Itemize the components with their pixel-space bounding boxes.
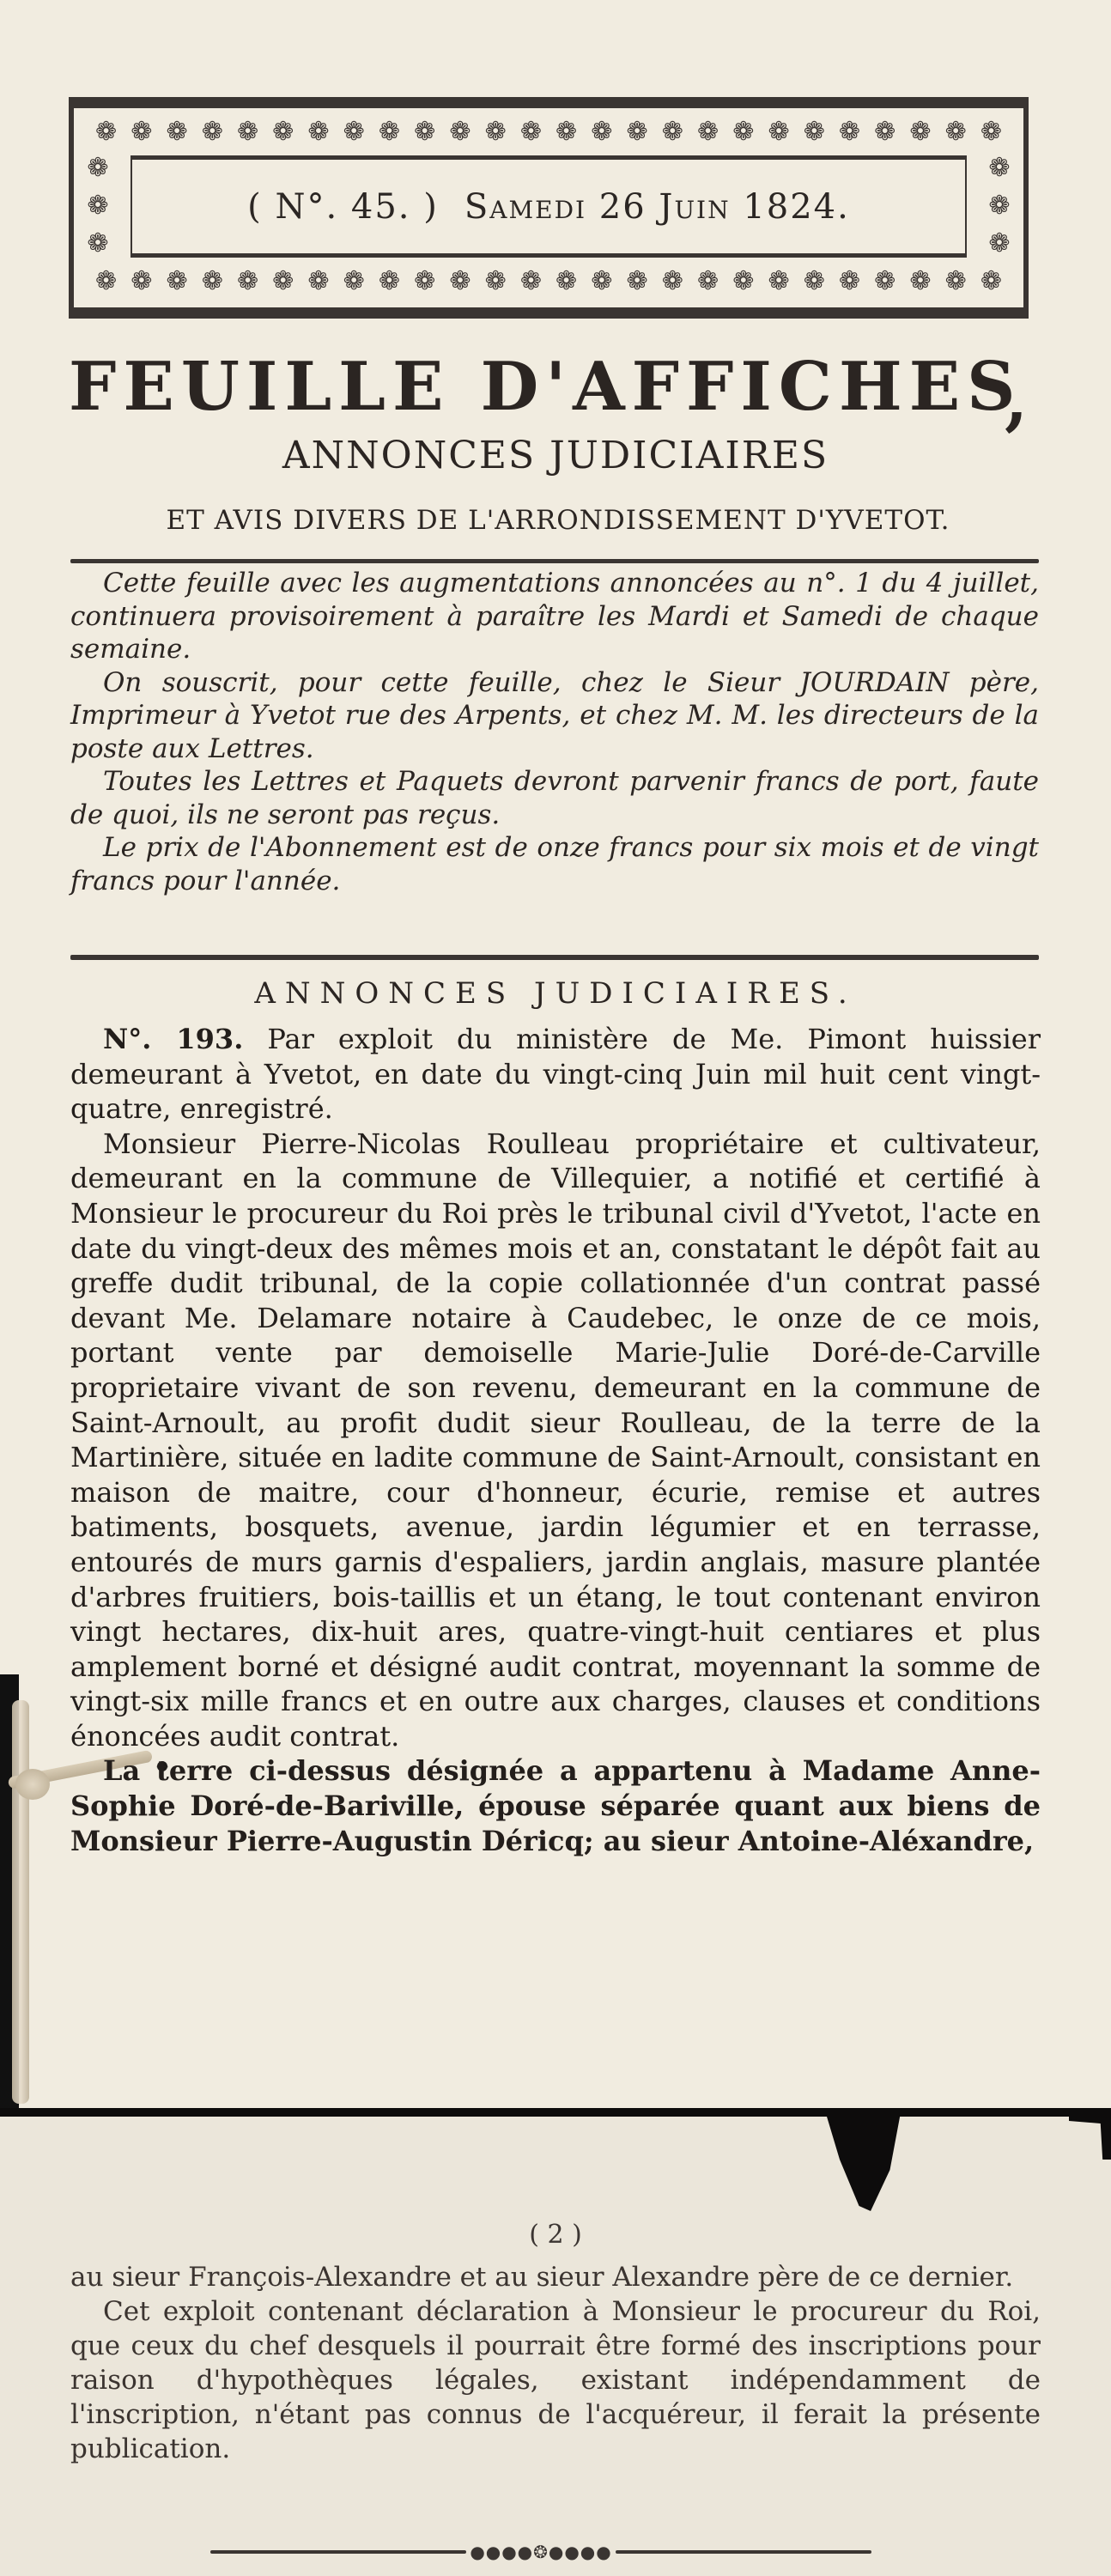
closing-paragraph: Cet exploit contenant déclaration à Mons… xyxy=(70,2294,1041,2466)
flower-icon: ❁ xyxy=(131,269,152,295)
flower-icon: ❁ xyxy=(591,269,612,295)
notice-paragraph: Toutes les Lettres et Paquets devront pa… xyxy=(70,765,1039,831)
announcement-number: N°. 193. xyxy=(103,1023,243,1055)
notice-paragraph: Le prix de l'Abonnement est de onze fran… xyxy=(70,831,1039,897)
issue-date: Samedi 26 Juin 1824. xyxy=(464,187,850,227)
flower-icon: ❁ xyxy=(202,119,223,145)
flower-icon: ❁ xyxy=(988,193,1010,219)
string-knot xyxy=(15,1769,50,1800)
flower-icon: ❁ xyxy=(980,269,1002,295)
flower-icon: ❁ xyxy=(485,269,507,295)
flower-icon: ❁ xyxy=(874,119,895,145)
announcement-193: N°. 193. Par exploit du ministère de Me.… xyxy=(70,1022,1041,1858)
flower-icon: ❁ xyxy=(874,269,895,295)
flower-icon: ❁ xyxy=(980,119,1002,145)
flower-icon: ❁ xyxy=(343,119,365,145)
flower-icon: ❁ xyxy=(839,119,860,145)
flower-icon: ❁ xyxy=(343,269,365,295)
flower-icon: ❁ xyxy=(379,269,400,295)
issue-box: ( N°. 45. ) Samedi 26 Juin 1824. xyxy=(131,155,967,258)
flower-icon: ❁ xyxy=(202,269,223,295)
newspaper-title: FEUILLE D'AFFICHES xyxy=(69,348,1039,426)
flower-icon: ❁ xyxy=(307,119,329,145)
flower-icon: ❁ xyxy=(272,119,294,145)
flower-icon: ❁ xyxy=(449,119,471,145)
flower-icon: ❁ xyxy=(166,269,187,295)
flower-icon: ❁ xyxy=(909,119,931,145)
page-two-text: au sieur François-Alexandre et au sieur … xyxy=(70,2260,1041,2466)
flower-icon: ❁ xyxy=(627,269,648,295)
page-number: ( 2 ) xyxy=(0,2220,1111,2250)
issue-number: ( N°. 45. ) xyxy=(247,187,439,227)
ornament-divider: ●●●●❂●●●● xyxy=(210,2543,871,2561)
notice-paragraph: Cette feuille avec les augmentations ann… xyxy=(70,567,1039,666)
flower-icon: ❁ xyxy=(307,269,329,295)
flower-icon: ❁ xyxy=(555,269,577,295)
flower-icon: ❁ xyxy=(768,119,789,145)
divider-rule xyxy=(70,559,1039,563)
flower-icon: ❁ xyxy=(131,119,152,145)
flower-icon: ❁ xyxy=(87,231,108,257)
flower-icon: ❁ xyxy=(988,231,1010,257)
flower-icon: ❁ xyxy=(520,269,542,295)
flower-icon: ❁ xyxy=(662,119,683,145)
flower-icon: ❁ xyxy=(449,269,471,295)
flower-icon: ❁ xyxy=(414,119,435,145)
flower-icon: ❁ xyxy=(697,269,719,295)
flower-icon: ❁ xyxy=(732,269,754,295)
announcement-paragraph: Monsieur Pierre-Nicolas Roulleau proprié… xyxy=(70,1127,1041,1754)
continuation-paragraph: au sieur François-Alexandre et au sieur … xyxy=(70,2260,1041,2294)
flower-icon: ❁ xyxy=(988,155,1010,181)
flower-icon: ❁ xyxy=(87,193,108,219)
ornament-center-icon: ●●●●❂●●●● xyxy=(466,2542,615,2562)
binding-string-vertical xyxy=(12,1700,29,2104)
flower-icon: ❁ xyxy=(945,269,967,295)
flower-icon: ❁ xyxy=(804,269,825,295)
subscription-notice: Cette feuille avec les augmentations ann… xyxy=(70,567,1039,897)
flower-border-right: ❁❁❁ xyxy=(984,149,1015,263)
flower-icon: ❁ xyxy=(520,119,542,145)
flower-icon: ❁ xyxy=(804,119,825,145)
flower-icon: ❁ xyxy=(839,269,860,295)
flower-icon: ❁ xyxy=(697,119,719,145)
flower-icon: ❁ xyxy=(95,119,117,145)
masthead-frame: ❁❁❁❁❁❁❁❁❁❁❁❁❁❁❁❁❁❁❁❁❁❁❁❁❁❁ ❁❁❁ ❁❁❁ ( N°.… xyxy=(69,97,1029,319)
flower-border-bottom: ❁❁❁❁❁❁❁❁❁❁❁❁❁❁❁❁❁❁❁❁❁❁❁❁❁❁ xyxy=(95,266,1002,297)
flower-icon: ❁ xyxy=(662,269,683,295)
flower-icon: ❁ xyxy=(627,119,648,145)
flower-icon: ❁ xyxy=(768,269,789,295)
flower-icon: ❁ xyxy=(485,119,507,145)
newspaper-subtitle: ANNONCES JUDICIAIRES xyxy=(0,434,1111,477)
flower-icon: ❁ xyxy=(414,269,435,295)
flower-icon: ❁ xyxy=(909,269,931,295)
notice-paragraph: On souscrit, pour cette feuille, chez le… xyxy=(70,666,1039,766)
flower-icon: ❁ xyxy=(95,269,117,295)
section-heading: ANNONCES JUDICIAIRES. xyxy=(0,976,1111,1011)
flower-icon: ❁ xyxy=(272,269,294,295)
flower-icon: ❁ xyxy=(379,119,400,145)
title-comma: , xyxy=(1005,361,1028,439)
flower-icon: ❁ xyxy=(237,269,258,295)
newspaper-subtitle-2: ET AVIS DIVERS DE L'ARRONDISSEMENT D'YVE… xyxy=(69,505,1047,536)
announcement-paragraph: La terre ci-dessus désignée a appartenu … xyxy=(70,1753,1041,1858)
flower-icon: ❁ xyxy=(237,119,258,145)
flower-icon: ❁ xyxy=(732,119,754,145)
flower-icon: ❁ xyxy=(945,119,967,145)
divider-rule xyxy=(70,955,1039,960)
flower-icon: ❁ xyxy=(166,119,187,145)
flower-icon: ❁ xyxy=(555,119,577,145)
flower-icon: ❁ xyxy=(87,155,108,181)
flower-border-top: ❁❁❁❁❁❁❁❁❁❁❁❁❁❁❁❁❁❁❁❁❁❁❁❁❁❁ xyxy=(95,117,1002,148)
flower-border-left: ❁❁❁ xyxy=(82,149,113,263)
flower-icon: ❁ xyxy=(591,119,612,145)
